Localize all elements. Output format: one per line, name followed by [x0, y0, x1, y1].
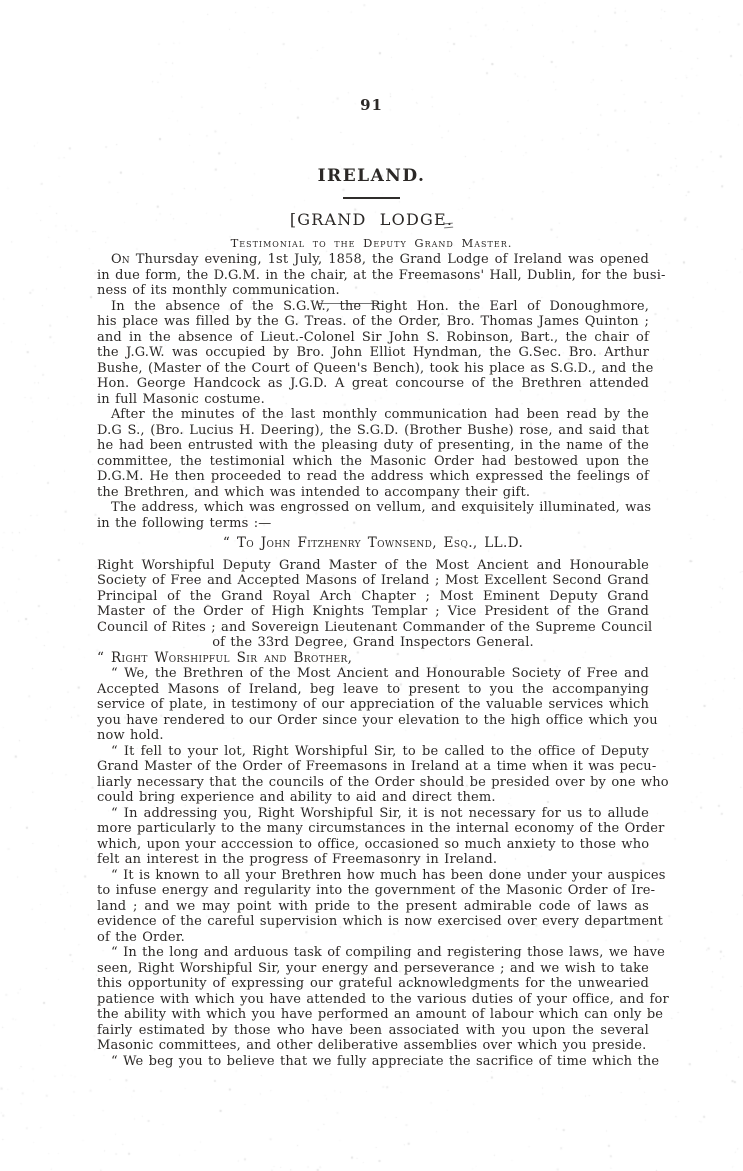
para-absence: In the absence of the S.G.W., the Right … [97, 299, 649, 408]
text-line: patience with which you have attended to… [97, 992, 649, 1008]
text-line: which, upon your acccession to office, o… [97, 837, 649, 853]
text-line: evidence of the careful supervision whic… [97, 914, 649, 930]
heading-divider-rule [343, 197, 400, 199]
text-line: of the 33rd Degree, Grand Inspectors Gen… [97, 635, 649, 651]
text-line: D.G.M. He then proceeded to read the add… [97, 469, 649, 485]
subheading: Testimonial to the Deputy Grand Master. [0, 236, 743, 250]
text-line: the ability with which you have performe… [97, 1007, 649, 1023]
para-address-intro: The address, which was engrossed on vell… [97, 500, 649, 531]
text-line: Right Worshipful Deputy Grand Master of … [97, 558, 649, 574]
para-minutes: After the minutes of the last monthly co… [97, 407, 649, 500]
address-salutation: “ Right Worshipful Sir and Brother, [97, 651, 649, 667]
text-line: Hon. George Handcock as J.G.D. A great c… [97, 376, 649, 392]
text-line: Bushe, (Master of the Court of Queen's B… [97, 361, 649, 377]
text-line: “ In the long and arduous task of compil… [97, 945, 649, 961]
text-line: could bring experience and ability to ai… [97, 790, 649, 806]
text-line: In the absence of the S.G.W., the Right … [97, 299, 649, 315]
page-number: 91 [0, 96, 743, 114]
text-line: the Brethren, and which was intended to … [97, 485, 649, 501]
para-in-addressing: “ In addressing you, Right Worshipful Si… [97, 806, 649, 868]
para-long-task: “ In the long and arduous task of compil… [97, 945, 649, 1054]
para-it-fell: “ It fell to your lot, Right Worshipful … [97, 744, 649, 806]
text-line: Grand Master of the Order of Freemasons … [97, 759, 649, 775]
text-line: Master of the Order of High Knights Temp… [97, 604, 649, 620]
text-line: committee, the testimonial which the Mas… [97, 454, 649, 470]
text-line: he had been entrusted with the pleasing … [97, 438, 649, 454]
text-line: you have rendered to our Order since you… [97, 713, 649, 729]
text-line: “ We beg you to believe that we fully ap… [97, 1054, 649, 1070]
text-line: “ We, the Brethren of the Most Ancient a… [97, 666, 649, 682]
text-line: “ It is known to all your Brethren how m… [97, 868, 649, 884]
text-line: of the Order. [97, 930, 649, 946]
text-line: land ; and we may point with pride to th… [97, 899, 649, 915]
text-line: Principal of the Grand Royal Arch Chapte… [97, 589, 649, 605]
text-line: now hold. [97, 728, 649, 744]
para-opening: On Thursday evening, 1st July, 1858, the… [97, 252, 649, 299]
para-we-brethren: “ We, the Brethren of the Most Ancient a… [97, 666, 649, 744]
text-line: to infuse energy and regularity into the… [97, 883, 649, 899]
para-we-beg: “ We beg you to believe that we fully ap… [97, 1054, 649, 1070]
text-line: felt an interest in the progress of Free… [97, 852, 649, 868]
document-page: 91 IRELAND. [GRAND LODGE. Testimonial to… [0, 0, 743, 1171]
text-line: in full Masonic costume. [97, 392, 649, 408]
text-line: D.G S., (Bro. Lucius H. Deering), the S.… [97, 423, 649, 439]
text-line: in due form, the D.G.M. in the chair, at… [97, 268, 649, 284]
text-line: service of plate, in testimony of our ap… [97, 697, 649, 713]
para-titles: Right Worshipful Deputy Grand Master of … [97, 558, 649, 651]
address-recipient: “ To John Fitzhenry Townsend, Esq., LL.D… [97, 536, 649, 552]
text-line: The address, which was engrossed on vell… [97, 500, 649, 516]
text-line: After the minutes of the last monthly co… [97, 407, 649, 423]
small-caps-lead: On [111, 252, 130, 267]
country-heading: IRELAND. [0, 166, 743, 186]
text-line: Masonic committees, and other deliberati… [97, 1038, 649, 1054]
text-line: seen, Right Worshipful Sir, your energy … [97, 961, 649, 977]
text-line: Council of Rites ; and Sovereign Lieuten… [97, 620, 649, 636]
text-line: in the following terms :— [97, 516, 649, 532]
text-line: Accepted Masons of Ireland, beg leave to… [97, 682, 649, 698]
print-artifact-equals-mark [444, 223, 453, 230]
text-line: On Thursday evening, 1st July, 1858, the… [97, 252, 649, 268]
text-line: more particularly to the many circumstan… [97, 821, 649, 837]
text-line: the J.G.W. was occupied by Bro. John Ell… [97, 345, 649, 361]
para-it-is-known: “ It is known to all your Brethren how m… [97, 868, 649, 946]
document-body: On Thursday evening, 1st July, 1858, the… [97, 252, 649, 1069]
text-line: “ It fell to your lot, Right Worshipful … [97, 744, 649, 760]
text-line: his place was filled by the G. Treas. of… [97, 314, 649, 330]
text-line: “ In addressing you, Right Worshipful Si… [97, 806, 649, 822]
section-heading: [GRAND LODGE. [0, 210, 743, 229]
text-line: this opportunity of expressing our grate… [97, 976, 649, 992]
text-line: ness of its monthly communication. [97, 283, 649, 299]
text-line: liarly necessary that the councils of th… [97, 775, 649, 791]
text-line: Society of Free and Accepted Masons of I… [97, 573, 649, 589]
text-line: fairly estimated by those who have been … [97, 1023, 649, 1039]
text-line: and in the absence of Lieut.-Colonel Sir… [97, 330, 649, 346]
